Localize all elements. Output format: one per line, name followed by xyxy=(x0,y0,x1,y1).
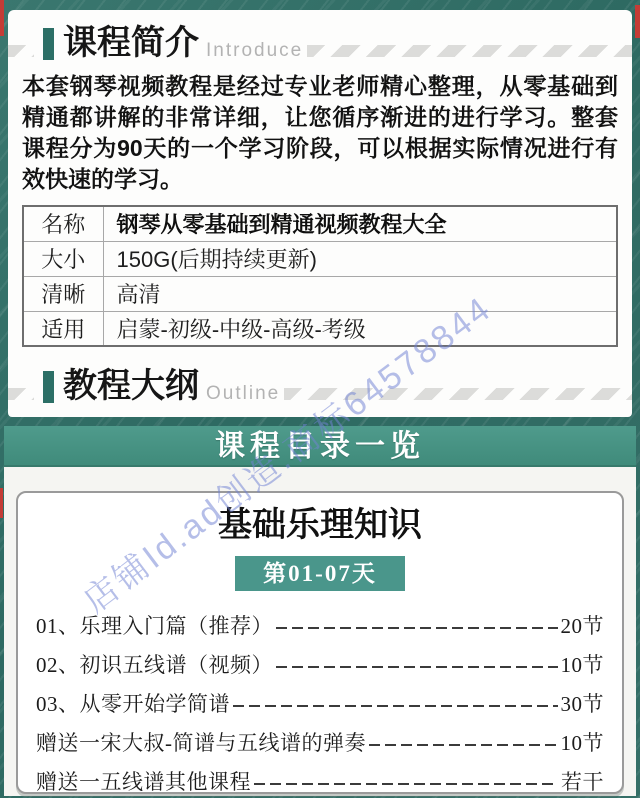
red-edge-marker xyxy=(0,488,3,518)
dash-leader xyxy=(276,627,558,629)
dash-leader xyxy=(233,705,558,707)
row-label: 适用 xyxy=(23,311,103,346)
banner-text: 课程目录一览 xyxy=(215,432,425,462)
section-title: 课程简介 xyxy=(63,27,199,61)
intro-header: 课程简介 Introduce xyxy=(22,22,618,66)
lesson-count: 10节 xyxy=(561,727,605,757)
stripe-decoration xyxy=(8,388,34,400)
lesson-count: 若干 xyxy=(561,766,604,796)
lesson-title: 02、初识五线谱（视频） xyxy=(36,649,273,679)
table-row: 清晰 高清 xyxy=(23,276,617,311)
day-range-badge: 第01-07天 xyxy=(235,556,405,592)
lesson-title: 赠送一五线谱其他课程 xyxy=(36,766,251,796)
course-outline-card: 基础乐理知识 第01-07天 01、乐理入门篇（推荐） 20节 02、初识五线谱… xyxy=(16,491,624,794)
lesson-count: 20节 xyxy=(561,610,605,640)
list-item: 02、初识五线谱（视频） 10节 xyxy=(36,644,604,683)
course-info-table: 名称 钢琴从零基础到精通视频教程大全 大小 150G(后期持续更新) 清晰 高清… xyxy=(22,205,618,347)
section-title: 教程大纲 xyxy=(63,370,199,404)
row-label: 清晰 xyxy=(23,276,103,311)
lesson-title: 赠送一宋大叔-简谱与五线谱的弹奏 xyxy=(36,727,366,757)
dash-leader xyxy=(369,744,558,746)
section-subtitle: Introduce xyxy=(206,40,303,62)
stripe-decoration xyxy=(307,45,632,57)
course-card-title: 基础乐理知识 xyxy=(36,506,604,547)
section-subtitle: Outline xyxy=(206,383,280,405)
red-edge-marker xyxy=(0,0,4,36)
stripe-decoration xyxy=(284,388,632,400)
red-edge-marker xyxy=(635,5,640,38)
lesson-title: 01、乐理入门篇（推荐） xyxy=(36,610,273,640)
table-row: 大小 150G(后期持续更新) xyxy=(23,241,617,276)
list-item: 03、从零开始学简谱 30节 xyxy=(36,683,604,722)
lesson-list: 01、乐理入门篇（推荐） 20节 02、初识五线谱（视频） 10节 03、从零开… xyxy=(36,605,604,798)
row-value: 钢琴从零基础到精通视频教程大全 xyxy=(103,206,617,241)
row-value: 高清 xyxy=(103,276,617,311)
lesson-title: 03、从零开始学简谱 xyxy=(36,688,230,718)
badge-wrap: 第01-07天 xyxy=(36,556,604,592)
list-item: 01、乐理入门篇（推荐） 20节 xyxy=(36,605,604,644)
table-row: 适用 启蒙-初级-中级-高级-考级 xyxy=(23,311,617,346)
row-label: 名称 xyxy=(23,206,103,241)
course-intro-card: 课程简介 Introduce 本套钢琴视频教程是经过专业老师精心整理，从零基础到… xyxy=(8,10,632,417)
lower-panel: 基础乐理知识 第01-07天 01、乐理入门篇（推荐） 20节 02、初识五线谱… xyxy=(4,467,636,796)
list-item: 赠送一宋大叔-简谱与五线谱的弹奏 10节 xyxy=(36,722,604,761)
lesson-count: 30节 xyxy=(561,688,605,718)
dash-leader xyxy=(254,783,558,785)
table-row: 名称 钢琴从零基础到精通视频教程大全 xyxy=(23,206,617,241)
dash-leader xyxy=(276,666,558,668)
course-catalog-banner: 课程目录一览 xyxy=(4,426,636,467)
section-bullet-icon xyxy=(43,371,54,403)
row-label: 大小 xyxy=(23,241,103,276)
list-item: 赠送一五线谱其他课程 若干 xyxy=(36,761,604,798)
section-bullet-icon xyxy=(43,28,54,60)
row-value: 启蒙-初级-中级-高级-考级 xyxy=(103,311,617,346)
row-value: 150G(后期持续更新) xyxy=(103,241,617,276)
outline-header: 教程大纲 Outline xyxy=(22,365,618,409)
stripe-decoration xyxy=(8,45,34,57)
lesson-count: 10节 xyxy=(561,649,605,679)
intro-paragraph: 本套钢琴视频教程是经过专业老师精心整理，从零基础到精通都讲解的非常详细，让您循序… xyxy=(22,71,618,195)
